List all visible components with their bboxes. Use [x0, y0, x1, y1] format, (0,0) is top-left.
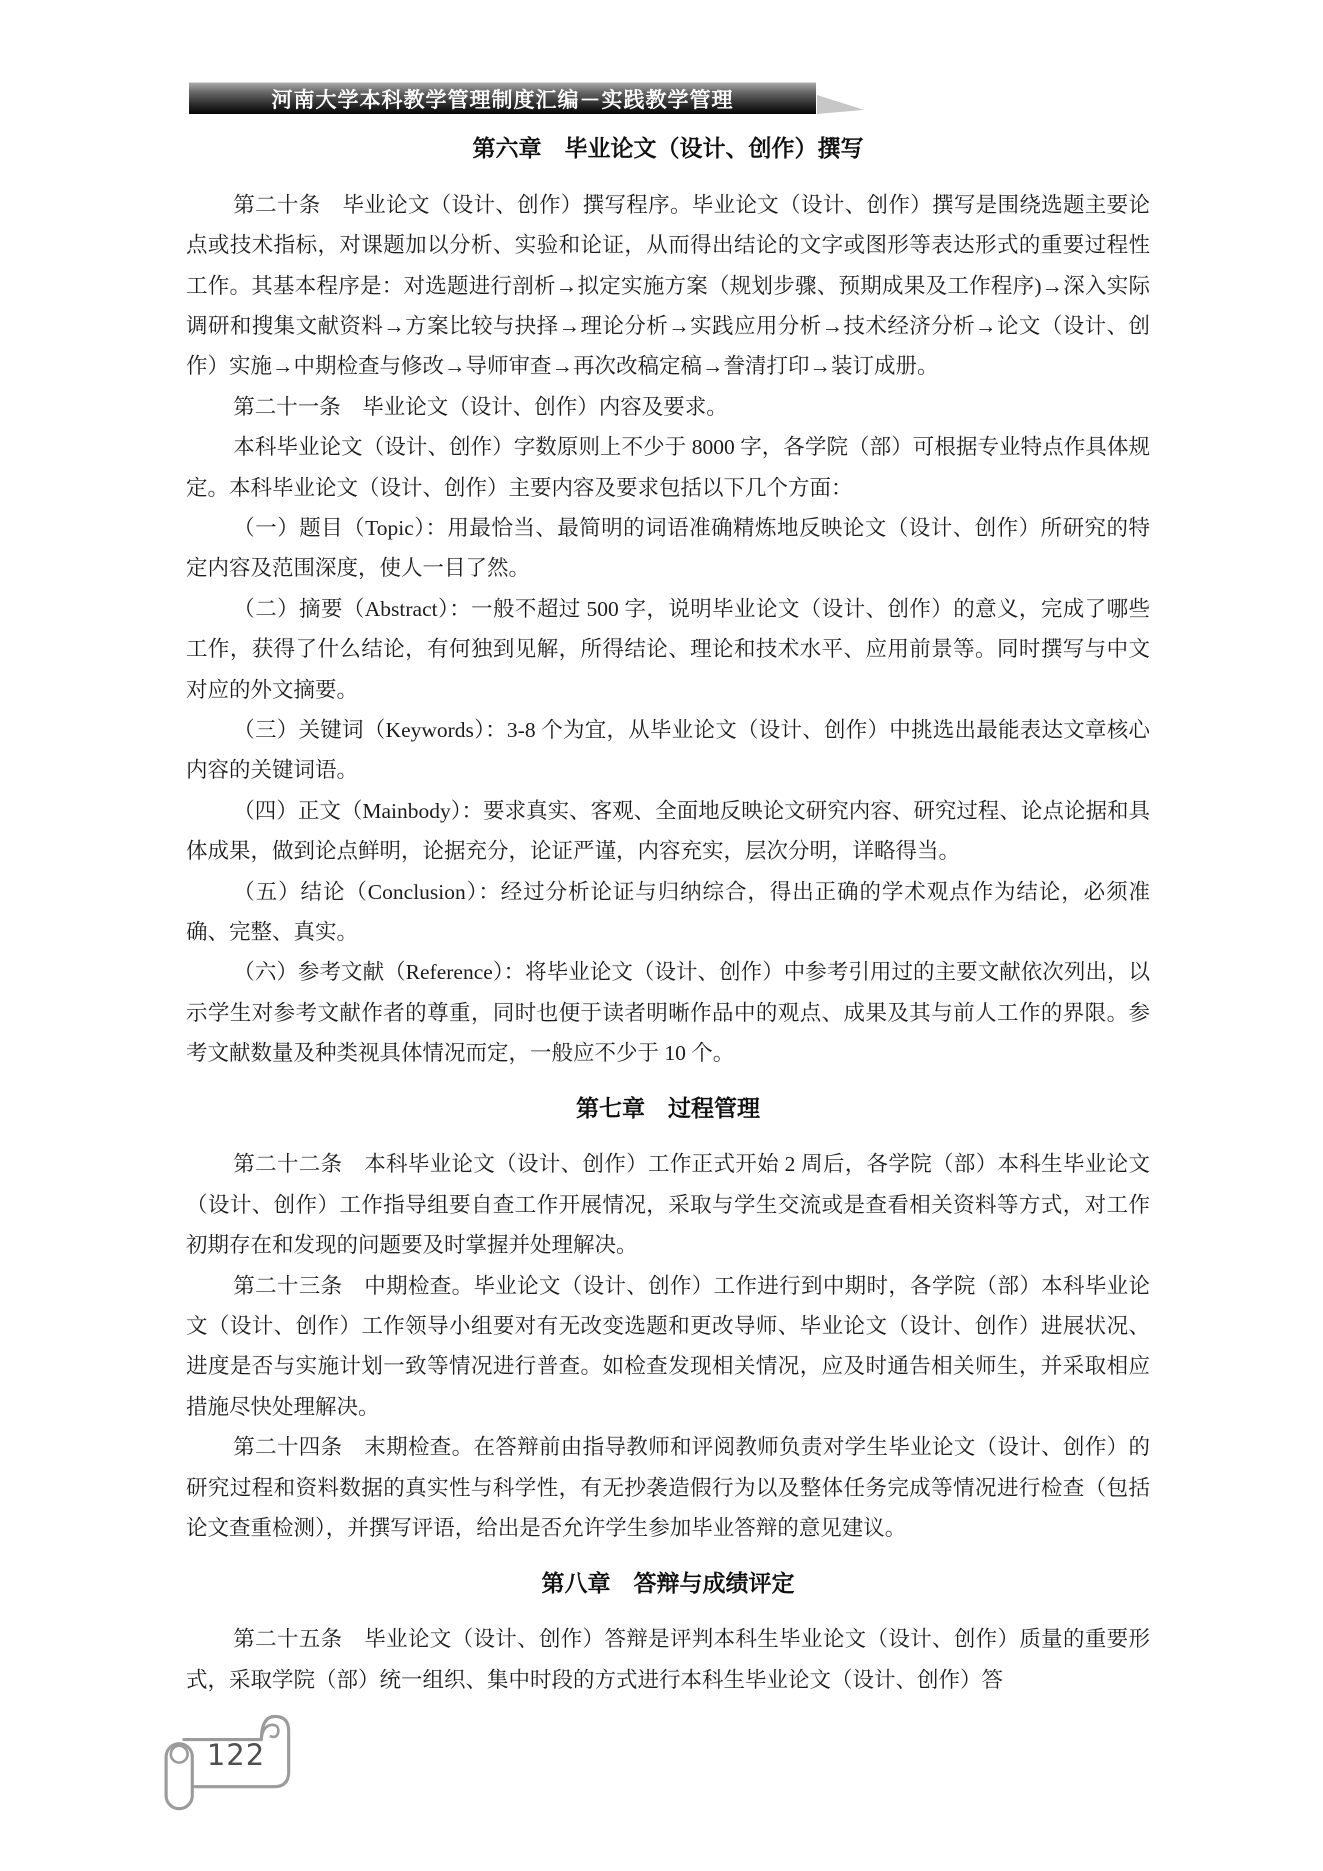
paragraph-article-23: 第二十三条 中期检查。毕业论文（设计、创作）工作进行到中期时，各学院（部）本科毕… [186, 1266, 1150, 1428]
document-content: 第六章 毕业论文（设计、创作）撰写 第二十条 毕业论文（设计、创作）撰写程序。毕… [186, 134, 1150, 1700]
page-number: 122 [196, 1738, 276, 1772]
chapter-7-title: 第七章 过程管理 [186, 1094, 1150, 1123]
paragraph-item-conclusion: （五）结论（Conclusion）：经过分析论证与归纳综合，得出正确的学术观点作… [186, 872, 1150, 953]
chapter-6-title: 第六章 毕业论文（设计、创作）撰写 [186, 134, 1150, 163]
header-banner: 河南大学本科教学管理制度汇编－实践教学管理 [189, 82, 816, 114]
paragraph-word-count: 本科毕业论文（设计、创作）字数原则上不少于 8000 字，各学院（部）可根据专业… [186, 427, 1150, 508]
header-banner-title: 河南大学本科教学管理制度汇编－实践教学管理 [272, 84, 734, 114]
chapter-8-title: 第八章 答辩与成绩评定 [186, 1569, 1150, 1598]
banner-arrow-decoration [817, 95, 864, 114]
paragraph-item-topic: （一）题目（Topic）：用最恰当、最简明的词语准确精炼地反映论文（设计、创作）… [186, 508, 1150, 589]
paragraph-item-mainbody: （四）正文（Mainbody）：要求真实、客观、全面地反映论文研究内容、研究过程… [186, 791, 1150, 872]
paragraph-item-abstract: （二）摘要（Abstract）：一般不超过 500 字，说明毕业论文（设计、创作… [186, 589, 1150, 710]
paragraph-item-keywords: （三）关键词（Keywords）：3-8 个为宜，从毕业论文（设计、创作）中挑选… [186, 710, 1150, 791]
paragraph-article-20: 第二十条 毕业论文（设计、创作）撰写程序。毕业论文（设计、创作）撰写是围绕选题主… [186, 185, 1150, 387]
paragraph-article-21: 第二十一条 毕业论文（设计、创作）内容及要求。 [186, 387, 1150, 427]
paragraph-article-24: 第二十四条 末期检查。在答辩前由指导教师和评阅教师负责对学生毕业论文（设计、创作… [186, 1427, 1150, 1548]
paragraph-article-22: 第二十二条 本科毕业论文（设计、创作）工作正式开始 2 周后，各学院（部）本科生… [186, 1144, 1150, 1265]
paragraph-item-reference: （六）参考文献（Reference）：将毕业论文（设计、创作）中参考引用过的主要… [186, 952, 1150, 1073]
paragraph-article-25: 第二十五条 毕业论文（设计、创作）答辩是评判本科生毕业论文（设计、创作）质量的重… [186, 1619, 1150, 1700]
